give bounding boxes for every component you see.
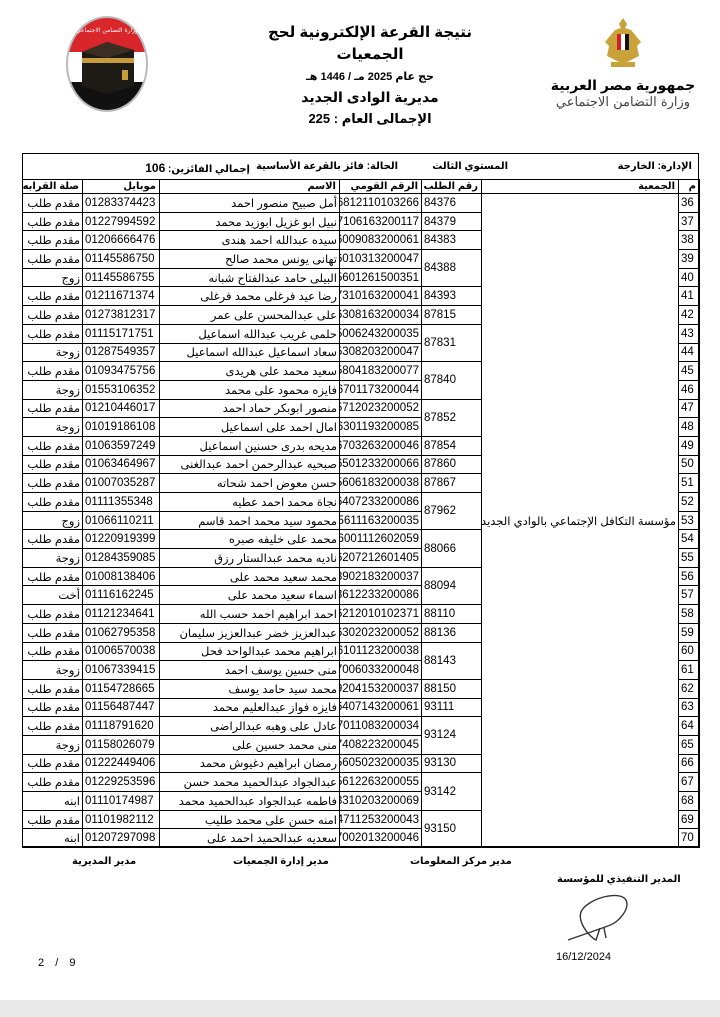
mobile-number: 01211671374: [83, 287, 160, 306]
person-name: عبدالجواد عبدالحميد محمد حسن: [160, 773, 340, 792]
mobile-number: 01229253596: [83, 773, 160, 792]
person-name: حلمى غريب عبدالله اسماعيل: [160, 324, 340, 343]
row-number: 49: [679, 436, 700, 455]
mobile-number: 01008138406: [83, 567, 160, 586]
row-number: 43: [679, 324, 700, 343]
row-number: 38: [679, 231, 700, 250]
person-name: منى حسين يوسف احمد: [160, 661, 340, 680]
national-id: 27106163200117: [340, 212, 422, 231]
relation: زوجة: [23, 343, 83, 362]
person-name: امال احمد على اسماعيل: [160, 418, 340, 437]
row-number: 70: [679, 829, 700, 848]
row-number: 67: [679, 773, 700, 792]
person-name: عبدالعزيز خضر عبدالعزيز سليمان: [160, 623, 340, 642]
relation: مقدم طلب: [23, 306, 83, 325]
relation: مقدم طلب: [23, 399, 83, 418]
grand-total-label: الإجمالى العام :: [334, 111, 432, 126]
relation: أخت: [23, 586, 83, 605]
mobile-number: 01273812317: [83, 306, 160, 325]
relation: زوجة: [23, 735, 83, 754]
request-number: 88066: [422, 530, 482, 567]
mobile-number: 01158026079: [83, 735, 160, 754]
row-number: 56: [679, 567, 700, 586]
row-number: 55: [679, 549, 700, 568]
person-name: سعيد محمد على هريدى: [160, 362, 340, 381]
national-id: 26009083200061: [340, 231, 422, 250]
relation: مقدم طلب: [23, 717, 83, 736]
national-id: 28310203200069: [340, 792, 422, 811]
request-number: 87852: [422, 399, 482, 436]
winners-label: إجمالي الفائزين:: [168, 164, 250, 175]
viewer-bottom-bar: [0, 1000, 720, 1017]
relation: ابنه: [23, 792, 83, 811]
request-number: 84376: [422, 194, 482, 213]
national-id: 26501233200066: [340, 455, 422, 474]
person-name: حسن معوض احمد شحاته: [160, 474, 340, 493]
mobile-number: 01227994592: [83, 212, 160, 231]
mobile-number: 01145586750: [83, 250, 160, 269]
person-name: على عبدالمحسن على عمر: [160, 306, 340, 325]
table-info-row: الإدارة: الخارجة المستوي الثالث الحالة: …: [23, 154, 698, 180]
mobile-number: 01222449406: [83, 754, 160, 773]
document-header: نتيجة القرعة الإلكترونية لحج الجمعيات حج…: [240, 22, 500, 130]
person-name: منصور ابوبكر حماد احمد: [160, 399, 340, 418]
mobile-number: 01206666476: [83, 231, 160, 250]
person-name: ابراهيم محمد عبدالواحد فحل: [160, 642, 340, 661]
national-id: 25804183200077: [340, 362, 422, 381]
request-number: 88110: [422, 605, 482, 624]
person-name: رضا عيد فرغلى محمد فرغلى: [160, 287, 340, 306]
row-number: 65: [679, 735, 700, 754]
national-id: 25308203200047: [340, 343, 422, 362]
relation: زوج: [23, 511, 83, 530]
national-id: 26301193200085: [340, 418, 422, 437]
request-number: 87962: [422, 493, 482, 530]
national-id: 26207212601405: [340, 549, 422, 568]
executive-director: المدير التنفيذي للمؤسسة: [557, 874, 681, 885]
row-number: 52: [679, 493, 700, 512]
person-name: احمد ابراهيم احمد حسب الله: [160, 605, 340, 624]
national-id: 26212010102371: [340, 605, 422, 624]
row-number: 68: [679, 792, 700, 811]
relation: مقدم طلب: [23, 754, 83, 773]
hajj-year: حج عام 2025 مـ / 1446 هـ: [240, 68, 500, 86]
national-id: 26407143200061: [340, 698, 422, 717]
national-id: 27002013200046: [340, 829, 422, 848]
relation: زوجة: [23, 380, 83, 399]
national-id: 25605023200035: [340, 754, 422, 773]
national-id: 29204153200037: [340, 679, 422, 698]
row-number: 69: [679, 810, 700, 829]
relation: مقدم طلب: [23, 567, 83, 586]
col-header-association: الجمعية: [482, 180, 679, 194]
person-name: ناديه محمد عبدالستار رزق: [160, 549, 340, 568]
mobile-number: 01111355348: [83, 493, 160, 512]
request-number: 87854: [422, 436, 482, 455]
relation: ابنه: [23, 829, 83, 848]
national-id: 25601261500351: [340, 268, 422, 287]
level: المستوي الثالث: [432, 161, 508, 172]
person-name: نجاة محمد احمد عطيه: [160, 493, 340, 512]
status-value: فائز بالقرعة الأساسية: [256, 161, 364, 172]
row-number: 61: [679, 661, 700, 680]
eagle-emblem-icon: [601, 16, 645, 70]
mobile-number: 01116162245: [83, 586, 160, 605]
row-number: 50: [679, 455, 700, 474]
winners-grid: م الجمعية رقم الطلب الرقم القومي الاسم م…: [22, 179, 700, 848]
svg-text:وزارة التضامن الاجتماعي: وزارة التضامن الاجتماعي: [76, 27, 138, 34]
row-number: 57: [679, 586, 700, 605]
relation: مقدم طلب: [23, 698, 83, 717]
associations-admin-manager: مدير إدارة الجمعيات: [233, 856, 329, 867]
association-cell: مؤسسة التكافل الإجتماعي بالوادي الجديد: [482, 194, 679, 848]
person-name: رمضان ابراهيم دغيوش محمد: [160, 754, 340, 773]
row-number: 51: [679, 474, 700, 493]
row-number: 48: [679, 418, 700, 437]
mobile-number: 01066110211: [83, 511, 160, 530]
mobile-number: 01110174987: [83, 792, 160, 811]
relation: مقدم طلب: [23, 455, 83, 474]
relation: مقدم طلب: [23, 623, 83, 642]
mobile-number: 01207297098: [83, 829, 160, 848]
national-id: 26407233200086: [340, 493, 422, 512]
row-number: 37: [679, 212, 700, 231]
request-number: 84393: [422, 287, 482, 306]
mobile-number: 01283374423: [83, 194, 160, 213]
request-number: 88150: [422, 679, 482, 698]
request-number: 87840: [422, 362, 482, 399]
col-header-num: م: [679, 180, 700, 194]
request-number: 87815: [422, 306, 482, 325]
request-number: 93111: [422, 698, 482, 717]
national-id: 25712023200052: [340, 399, 422, 418]
page-separator: /: [55, 957, 58, 969]
national-id: 27408223200045: [340, 735, 422, 754]
relation: مقدم طلب: [23, 642, 83, 661]
mobile-number: 01145586755: [83, 268, 160, 287]
row-number: 66: [679, 754, 700, 773]
person-name: امنه حسن على محمد طليب: [160, 810, 340, 829]
national-id: 26302023200052: [340, 623, 422, 642]
relation: زوج: [23, 268, 83, 287]
row-number: 46: [679, 380, 700, 399]
mobile-number: 01210446017: [83, 399, 160, 418]
row-number: 62: [679, 679, 700, 698]
relation: مقدم طلب: [23, 194, 83, 213]
mobile-number: 01284359085: [83, 549, 160, 568]
row-number: 64: [679, 717, 700, 736]
person-name: منى محمد حسين على: [160, 735, 340, 754]
relation: مقدم طلب: [23, 287, 83, 306]
person-name: فايزه فواز عبدالعليم محمد: [160, 698, 340, 717]
page-total: 9: [69, 957, 75, 969]
national-id: 28902183200037: [340, 567, 422, 586]
national-id: 26101123200038: [340, 642, 422, 661]
request-number: 87831: [422, 324, 482, 361]
national-id: 26701173200044: [340, 380, 422, 399]
row-number: 41: [679, 287, 700, 306]
national-id: 26308163200034: [340, 306, 422, 325]
row-number: 36: [679, 194, 700, 213]
request-number: 87860: [422, 455, 482, 474]
mobile-number: 01101982112: [83, 810, 160, 829]
info-center-manager: مدير مركز المعلومات: [410, 856, 512, 867]
page-current: 2: [38, 957, 44, 969]
mobile-number: 01118791620: [83, 717, 160, 736]
col-header-relation: صلة القرابه: [23, 180, 83, 194]
person-name: البيلى حامد عبدالفتاح شبانه: [160, 268, 340, 287]
foundation-logo: وزارة التضامن الاجتماعي: [62, 14, 152, 114]
row-number: 44: [679, 343, 700, 362]
directorate-name: مديرية الوادى الجديد: [240, 86, 500, 108]
request-number: 84383: [422, 231, 482, 250]
administration-value: الخارجة: [618, 161, 655, 172]
person-name: محمود سيد محمد احمد قاسم: [160, 511, 340, 530]
row-number: 59: [679, 623, 700, 642]
request-number: 88094: [422, 567, 482, 604]
table-row: 36مؤسسة التكافل الإجتماعي بالوادي الجديد…: [23, 194, 700, 213]
person-name: محمد على خليفه صبره: [160, 530, 340, 549]
national-id: 25606183200038: [340, 474, 422, 493]
relation: مقدم طلب: [23, 212, 83, 231]
mobile-number: 01156487447: [83, 698, 160, 717]
republic-name: جمهورية مصر العربية: [548, 76, 698, 94]
results-table: الإدارة: الخارجة المستوي الثالث الحالة: …: [22, 153, 699, 847]
relation: مقدم طلب: [23, 605, 83, 624]
grand-total-value: 225: [308, 111, 330, 126]
person-name: محمد سعيد محمد على: [160, 567, 340, 586]
person-name: صبحيه عبدالرحمن احمد عبدالغنى: [160, 455, 340, 474]
mobile-number: 01121234641: [83, 605, 160, 624]
request-number: 84379: [422, 212, 482, 231]
national-id: 28612233200086: [340, 586, 422, 605]
winners-value: 106: [145, 161, 165, 175]
page-indicator: 2 / 9: [38, 957, 75, 969]
row-number: 60: [679, 642, 700, 661]
row-number: 40: [679, 268, 700, 287]
person-name: فايزه محمود على محمد: [160, 380, 340, 399]
row-number: 63: [679, 698, 700, 717]
signature-scribble-icon: [560, 888, 640, 948]
table-header-row: م الجمعية رقم الطلب الرقم القومي الاسم م…: [23, 180, 700, 194]
person-name: محمد سيد حامد يوسف: [160, 679, 340, 698]
document-title: نتيجة القرعة الإلكترونية لحج الجمعيات: [240, 22, 500, 66]
administration-label: الإدارة:: [658, 161, 692, 172]
relation: مقدم طلب: [23, 679, 83, 698]
relation: مقدم طلب: [23, 493, 83, 512]
request-number: 93124: [422, 717, 482, 754]
row-number: 54: [679, 530, 700, 549]
relation: مقدم طلب: [23, 362, 83, 381]
national-id: 27310163200041: [340, 287, 422, 306]
national-id: 25611163200035: [340, 511, 422, 530]
mobile-number: 01063464967: [83, 455, 160, 474]
row-number: 58: [679, 605, 700, 624]
relation: زوجة: [23, 549, 83, 568]
person-name: سعديه عبدالحميد احمد على: [160, 829, 340, 848]
person-name: تهانى يونس محمد صالح: [160, 250, 340, 269]
ministry-name: وزارة التضامن الاجتماعي: [548, 94, 698, 112]
national-id: 26703263200046: [340, 436, 422, 455]
national-id: 26812110103266: [340, 194, 422, 213]
mobile-number: 01062795358: [83, 623, 160, 642]
national-id: 26001112602059: [340, 530, 422, 549]
grand-total: الإجمالى العام : 225: [240, 108, 500, 130]
col-header-name: الاسم: [160, 180, 340, 194]
person-name: سعاد اسماعيل عبدالله اسماعيل: [160, 343, 340, 362]
mobile-number: 01154728665: [83, 679, 160, 698]
relation: زوجة: [23, 418, 83, 437]
col-header-national-id: الرقم القومي: [340, 180, 422, 194]
mobile-number: 01019186108: [83, 418, 160, 437]
ministry-logo: جمهورية مصر العربية وزارة التضامن الاجتم…: [548, 16, 698, 112]
mobile-number: 01115171751: [83, 324, 160, 343]
request-number: 93150: [422, 810, 482, 847]
request-number: 93130: [422, 754, 482, 773]
request-number: 87867: [422, 474, 482, 493]
mobile-number: 01287549357: [83, 343, 160, 362]
row-number: 42: [679, 306, 700, 325]
relation: زوجة: [23, 661, 83, 680]
col-header-mobile: موبايل: [83, 180, 160, 194]
person-name: سيده عبدالله احمد هندى: [160, 231, 340, 250]
relation: مقدم طلب: [23, 324, 83, 343]
relation: مقدم طلب: [23, 773, 83, 792]
person-name: عادل على وهبه عبدالراضى: [160, 717, 340, 736]
national-id: 25006243200035: [340, 324, 422, 343]
request-number: 88136: [422, 623, 482, 642]
document-date: 16/12/2024: [556, 951, 611, 963]
person-name: مديحه بدرى حسنين اسماعيل: [160, 436, 340, 455]
national-id: 27006033200048: [340, 661, 422, 680]
request-number: 84388: [422, 250, 482, 287]
national-id: 27011083200034: [340, 717, 422, 736]
person-name: اسماء سعيد محمد على: [160, 586, 340, 605]
table-body: 36مؤسسة التكافل الإجتماعي بالوادي الجديد…: [23, 194, 700, 848]
col-header-request: رقم الطلب: [422, 180, 482, 194]
mobile-number: 01006570038: [83, 642, 160, 661]
directorate-manager: مدير المديرية: [72, 856, 136, 867]
request-number: 88143: [422, 642, 482, 679]
row-number: 47: [679, 399, 700, 418]
status: الحالة: فائز بالقرعة الأساسية: [256, 161, 398, 172]
person-name: نبيل ابو غزيل ابوزيد محمد: [160, 212, 340, 231]
national-id: 24711253200043: [340, 810, 422, 829]
relation: مقدم طلب: [23, 530, 83, 549]
person-name: فاطمه عبدالجواد عبدالحميد محمد: [160, 792, 340, 811]
relation: مقدم طلب: [23, 231, 83, 250]
mobile-number: 01093475756: [83, 362, 160, 381]
mobile-number: 01067339415: [83, 661, 160, 680]
request-number: 93142: [422, 773, 482, 810]
winners-total: إجمالي الفائزين: 106: [145, 161, 250, 175]
relation: مقدم طلب: [23, 810, 83, 829]
row-number: 53: [679, 511, 700, 530]
relation: مقدم طلب: [23, 250, 83, 269]
mobile-number: 01553106352: [83, 380, 160, 399]
row-number: 45: [679, 362, 700, 381]
national-id: 26010313200047: [340, 250, 422, 269]
mobile-number: 01007035287: [83, 474, 160, 493]
status-label: الحالة:: [367, 161, 398, 172]
relation: مقدم طلب: [23, 436, 83, 455]
row-number: 39: [679, 250, 700, 269]
person-name: أمل صبيح منصور احمد: [160, 194, 340, 213]
relation: مقدم طلب: [23, 474, 83, 493]
administration: الإدارة: الخارجة: [618, 161, 692, 172]
national-id: 25612263200055: [340, 773, 422, 792]
mobile-number: 01063597249: [83, 436, 160, 455]
mobile-number: 01220919399: [83, 530, 160, 549]
